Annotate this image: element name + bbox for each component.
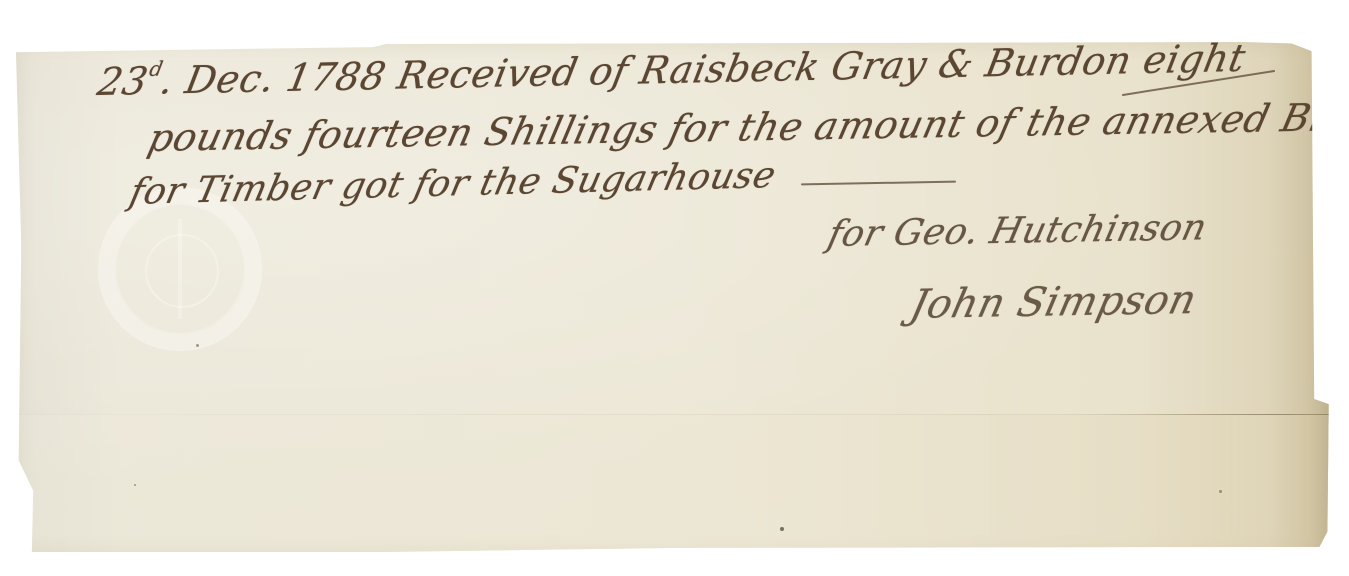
signature-name: John Simpson (906, 277, 1201, 328)
ink-speck (196, 344, 199, 347)
ink-speck (134, 484, 136, 486)
paper-sheet: 23d. Dec. 1788 Received of Raisbeck Gray… (16, 42, 1338, 552)
paper-lower-panel (16, 415, 1338, 552)
watermark-seal-icon (98, 187, 262, 351)
flourish-underline (801, 181, 956, 186)
signature-on-behalf: for Geo. Hutchinson (824, 207, 1211, 255)
line-1-text: . Dec. 1788 Received of Raisbeck Gray & … (157, 36, 1250, 103)
ink-speck (1219, 490, 1222, 493)
ink-speck (561, 572, 563, 574)
document-stage: 23d. Dec. 1788 Received of Raisbeck Gray… (0, 0, 1349, 576)
receipt-line-1: 23d. Dec. 1788 Received of Raisbeck Gray… (94, 34, 1250, 104)
receipt-line-3: for Timber got for the Sugarhouse (126, 155, 780, 213)
date-day: 23 (94, 59, 152, 104)
fold-line (16, 414, 1338, 415)
ink-speck (780, 527, 784, 531)
receipt-line-2: pounds fourteen Shillings for the amount… (144, 95, 1349, 160)
